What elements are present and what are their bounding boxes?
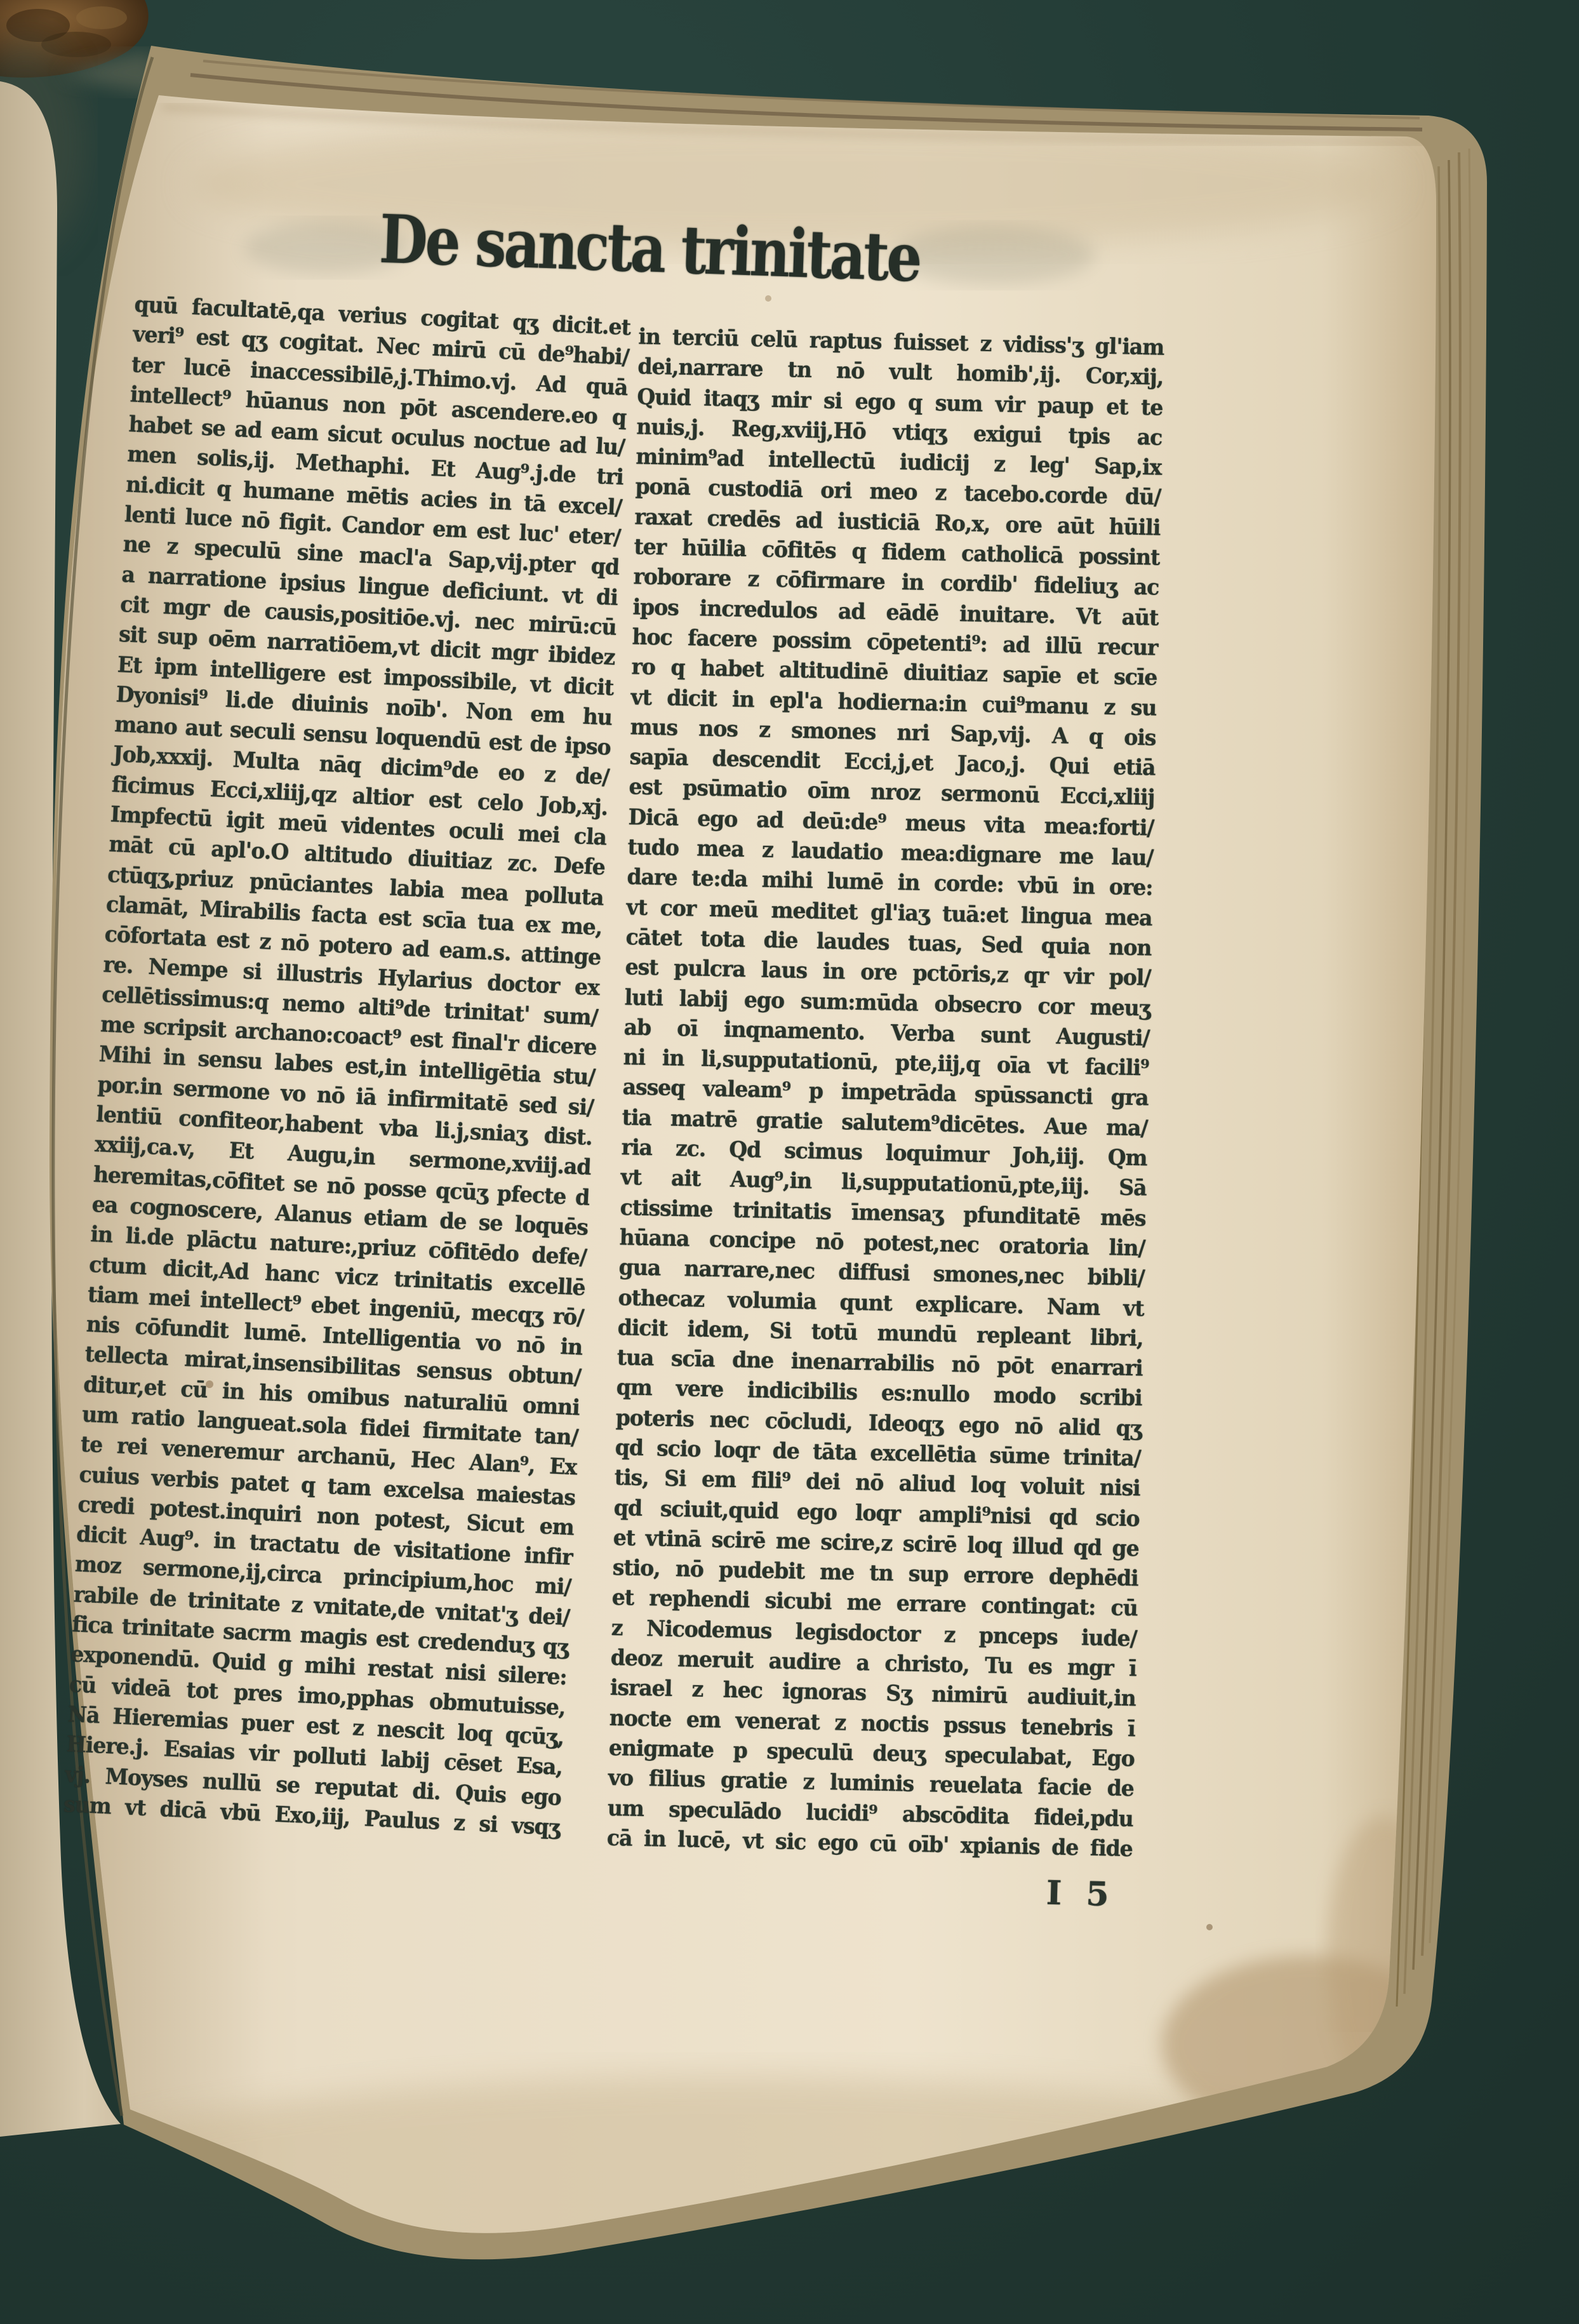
ink-setoff-ghost xyxy=(892,226,1095,284)
scanned-book-photo: De sancta trinitate quū facultatē,qa ver… xyxy=(0,0,1579,2324)
quire-signature-mark: I 5 xyxy=(1046,1874,1116,1914)
text-column-left: quū facultatē,qa verius cogitat qʒ dicit… xyxy=(63,289,631,1842)
text-column-right: in terciū celū raptus fuisset z vidiss'ʒ… xyxy=(606,321,1164,1864)
